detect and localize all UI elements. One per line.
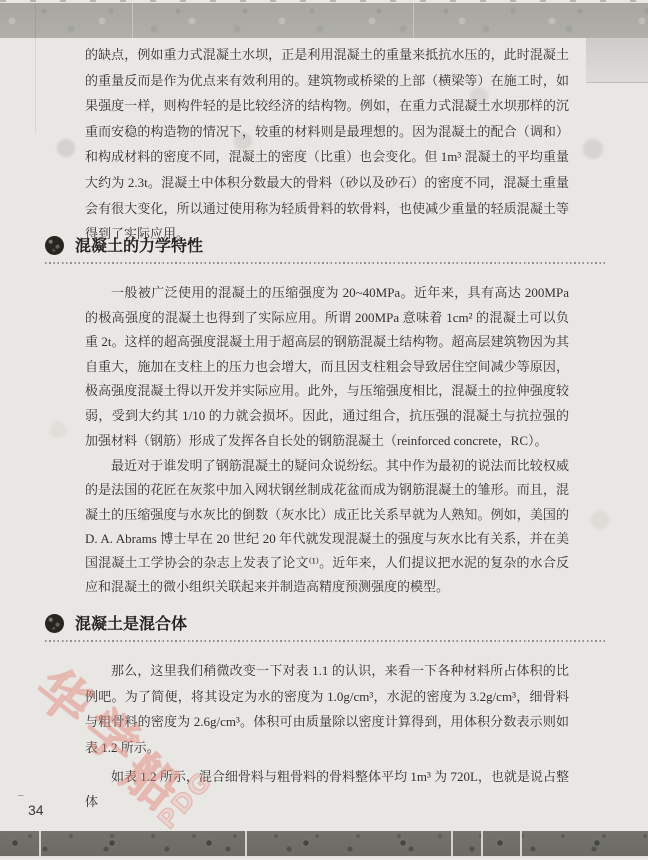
page-top-edge-marks xyxy=(0,0,648,2)
section-title: 混凝土的力学特性 xyxy=(75,238,203,255)
margin-dash-mark: – xyxy=(18,789,24,801)
section-heading-mechanics: 混凝土的力学特性 xyxy=(45,233,607,256)
concrete-aggregate-bullet-icon xyxy=(45,236,64,255)
section-heading-mixture: 混凝土是混合体 xyxy=(45,611,607,634)
scan-shadow-right xyxy=(586,38,648,83)
body-paragraph: 一般被广泛使用的混凝土的压缩强度为 20~40MPa。近年来，具有高达 200M… xyxy=(85,281,569,453)
concrete-aggregate-bullet-icon xyxy=(45,614,64,633)
concrete-texture-bottom-band xyxy=(0,831,648,858)
scan-fold-line xyxy=(35,3,36,133)
dotted-rule xyxy=(45,262,607,264)
concrete-texture-top-band xyxy=(0,3,648,38)
intro-paragraph: 的缺点，例如重力式混凝土水坝，正是利用混凝土的重量来抵抗水压的，此时混凝土的重量… xyxy=(85,42,569,247)
page-number: 34 xyxy=(28,802,44,818)
body-paragraph: 那么，这里我们稍微改变一下对表 1.1 的认识，来看一下各种材料所占体积的比例吧… xyxy=(85,658,569,760)
section-title: 混凝土是混合体 xyxy=(75,616,187,633)
body-paragraph: 如表 1.2 所示，混合细骨料与粗骨料的骨料整体平均 1m³ 为 720L，也就… xyxy=(85,764,569,814)
scanned-book-page: 的缺点，例如重力式混凝土水坝，正是利用混凝土的重量来抵抗水压的，此时混凝土的重量… xyxy=(0,0,648,860)
band-divider xyxy=(413,3,414,38)
dotted-rule xyxy=(45,640,607,642)
body-paragraph: 最近对于谁发明了钢筋混凝土的疑问众说纷纭。其中作为最初的说法而比较权威的是法国的… xyxy=(85,454,569,600)
band-divider xyxy=(132,3,133,38)
